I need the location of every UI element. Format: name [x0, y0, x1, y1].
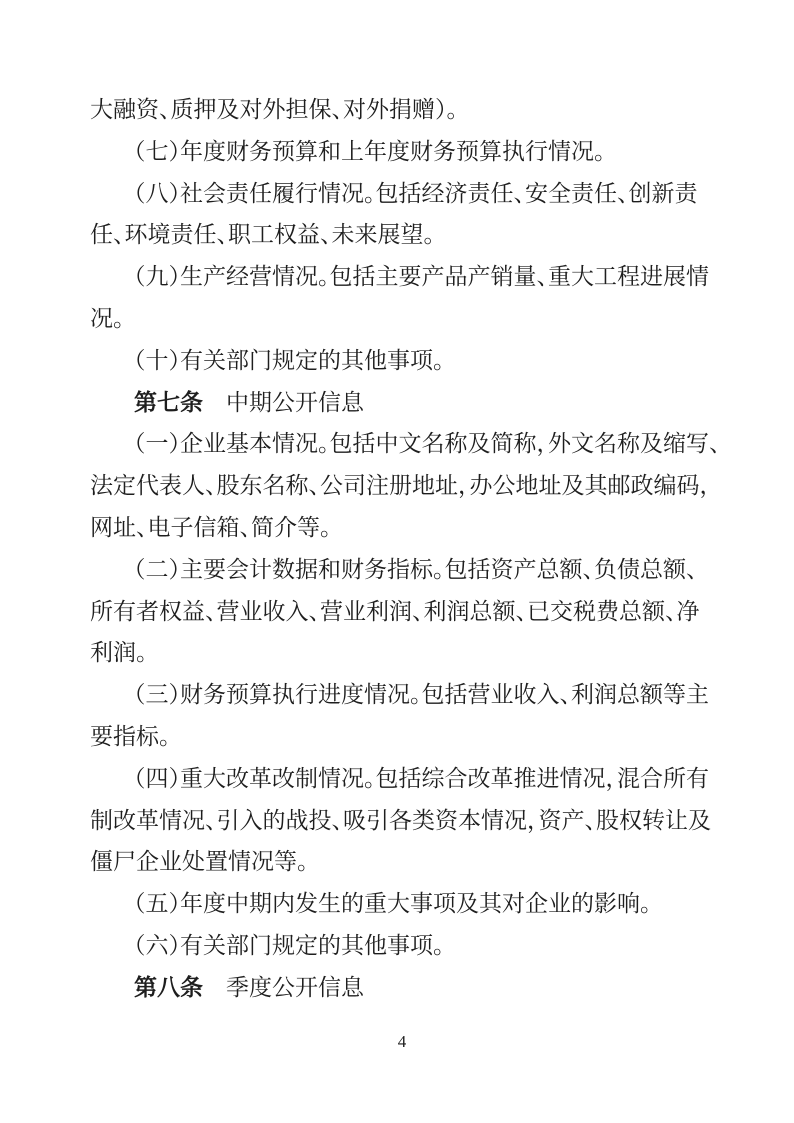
text-line: （二）主要会计数据和财务指标。包括资产总额、负债总额、 [90, 549, 714, 591]
text-line: （三）财务预算执行进度情况。包括营业收入、利润总额等主 [90, 674, 714, 716]
text-line: （八）社会责任履行情况。包括经济责任、安全责任、创新责 [90, 173, 714, 215]
text-line: （六）有关部门规定的其他事项。 [90, 925, 714, 967]
text-line: （四）重大改革改制情况。包括综合改革推进情况，混合所有 [90, 758, 714, 800]
text-line: 利润。 [90, 632, 714, 674]
text-line: 况。 [90, 298, 714, 340]
article-number: 第八条 [134, 974, 203, 1000]
document-body: 大融资、质押及对外担保、对外捐赠）。（七）年度财务预算和上年度财务预算执行情况。… [90, 89, 714, 1009]
article-heading-line: 第七条 中期公开信息 [90, 382, 714, 424]
article-heading-line: 第八条 季度公开信息 [90, 967, 714, 1009]
page-number: 4 [90, 1031, 714, 1053]
text-line: 任、环境责任、职工权益、未来展望。 [90, 214, 714, 256]
text-line: 法定代表人、股东名称、公司注册地址，办公地址及其邮政编码， [90, 465, 714, 507]
text-line: （十）有关部门规定的其他事项。 [90, 340, 714, 382]
text-line: 所有者权益、营业收入、营业利润、利润总额、已交税费总额、净 [90, 591, 714, 633]
text-line: （五）年度中期内发生的重大事项及其对企业的影响。 [90, 883, 714, 925]
text-line: 僵尸企业处置情况等。 [90, 841, 714, 883]
text-line: （七）年度财务预算和上年度财务预算执行情况。 [90, 131, 714, 173]
text-line: 大融资、质押及对外担保、对外捐赠）。 [90, 89, 714, 131]
text-line: （九）生产经营情况。包括主要产品产销量、重大工程进展情 [90, 256, 714, 298]
text-line: 要指标。 [90, 716, 714, 758]
text-line: （一）企业基本情况。包括中文名称及简称，外文名称及缩写、 [90, 423, 714, 465]
article-number: 第七条 [134, 389, 203, 415]
text-line: 制改革情况、引入的战投、吸引各类资本情况，资产、股权转让及 [90, 800, 714, 842]
document-page: 大融资、质押及对外担保、对外捐赠）。（七）年度财务预算和上年度财务预算执行情况。… [0, 0, 794, 1123]
text-line: 网址、电子信箱、简介等。 [90, 507, 714, 549]
